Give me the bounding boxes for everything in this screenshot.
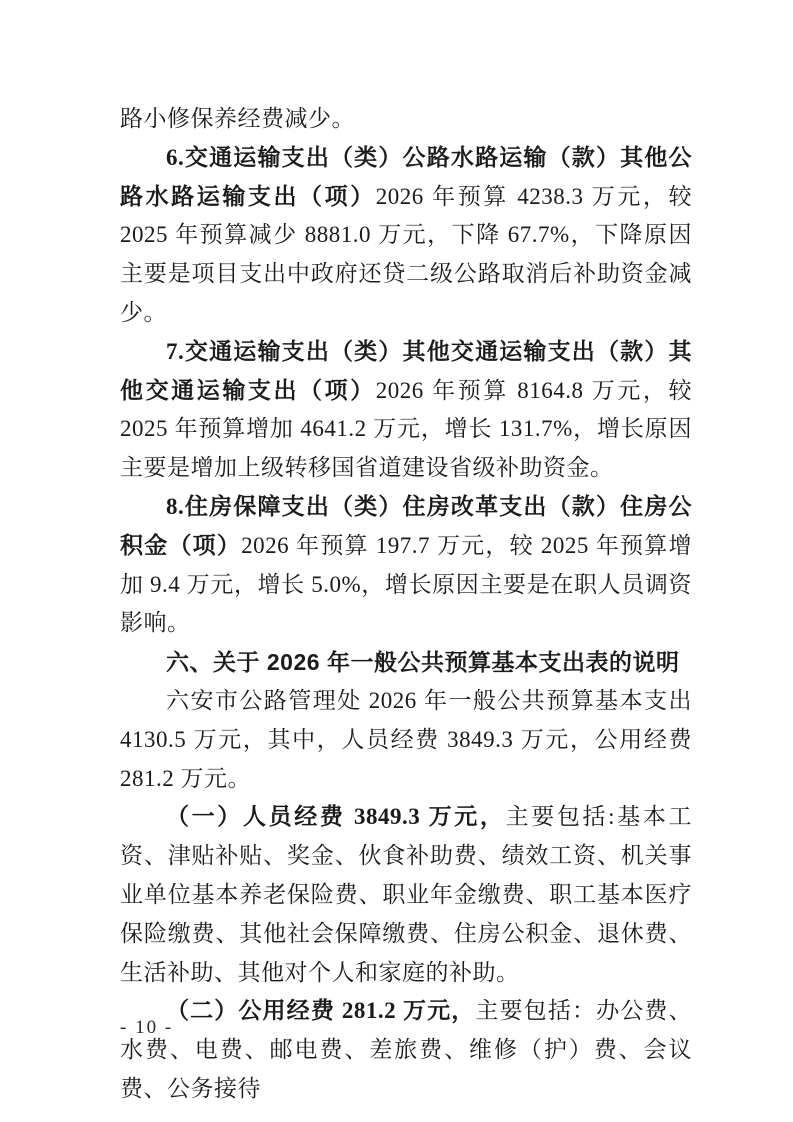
bold-text: （二）公用经费 281.2 万元， (166, 998, 475, 1023)
document-body: 路小修保养经费减少。6.交通运输支出（类）公路水路运输（款）其他公路水路运输支出… (120, 100, 692, 1109)
paragraph: 7.交通运输支出（类）其他交通运输支出（款）其他交通运输支出（项）2026 年预… (120, 333, 692, 488)
section-heading: 六、关于 2026 年一般公共预算基本支出表的说明 (120, 643, 692, 682)
paragraph: 6.交通运输支出（类）公路水路运输（款）其他公路水路运输支出（项）2026 年预… (120, 139, 692, 333)
paragraph: （二）公用经费 281.2 万元，主要包括：办公费、水费、电费、邮电费、差旅费、… (120, 992, 692, 1108)
bold-text: 六、关于 2026 年一般公共预算基本支出表的说明 (166, 649, 679, 675)
page-number: - 10 - (120, 1016, 173, 1040)
bold-text: （一）人员经费 3849.3 万元， (166, 804, 506, 829)
document-page: 路小修保养经费减少。6.交通运输支出（类）公路水路运输（款）其他公路水路运输支出… (0, 0, 793, 1122)
body-text: 路小修保养经费减少。 (120, 106, 355, 131)
body-text: 主要包括:基本工资、津贴补贴、奖金、伙食补助费、绩效工资、机关事业单位基本养老保… (120, 804, 692, 984)
paragraph: 8.住房保障支出（类）住房改革支出（款）住房公积金（项）2026 年预算 197… (120, 488, 692, 643)
paragraph: 六安市公路管理处 2026 年一般公共预算基本支出 4130.5 万元，其中，人… (120, 682, 692, 798)
body-text: 六安市公路管理处 2026 年一般公共预算基本支出 4130.5 万元，其中，人… (120, 688, 692, 791)
paragraph: 路小修保养经费减少。 (120, 100, 692, 139)
paragraph: （一）人员经费 3849.3 万元，主要包括:基本工资、津贴补贴、奖金、伙食补助… (120, 798, 692, 992)
